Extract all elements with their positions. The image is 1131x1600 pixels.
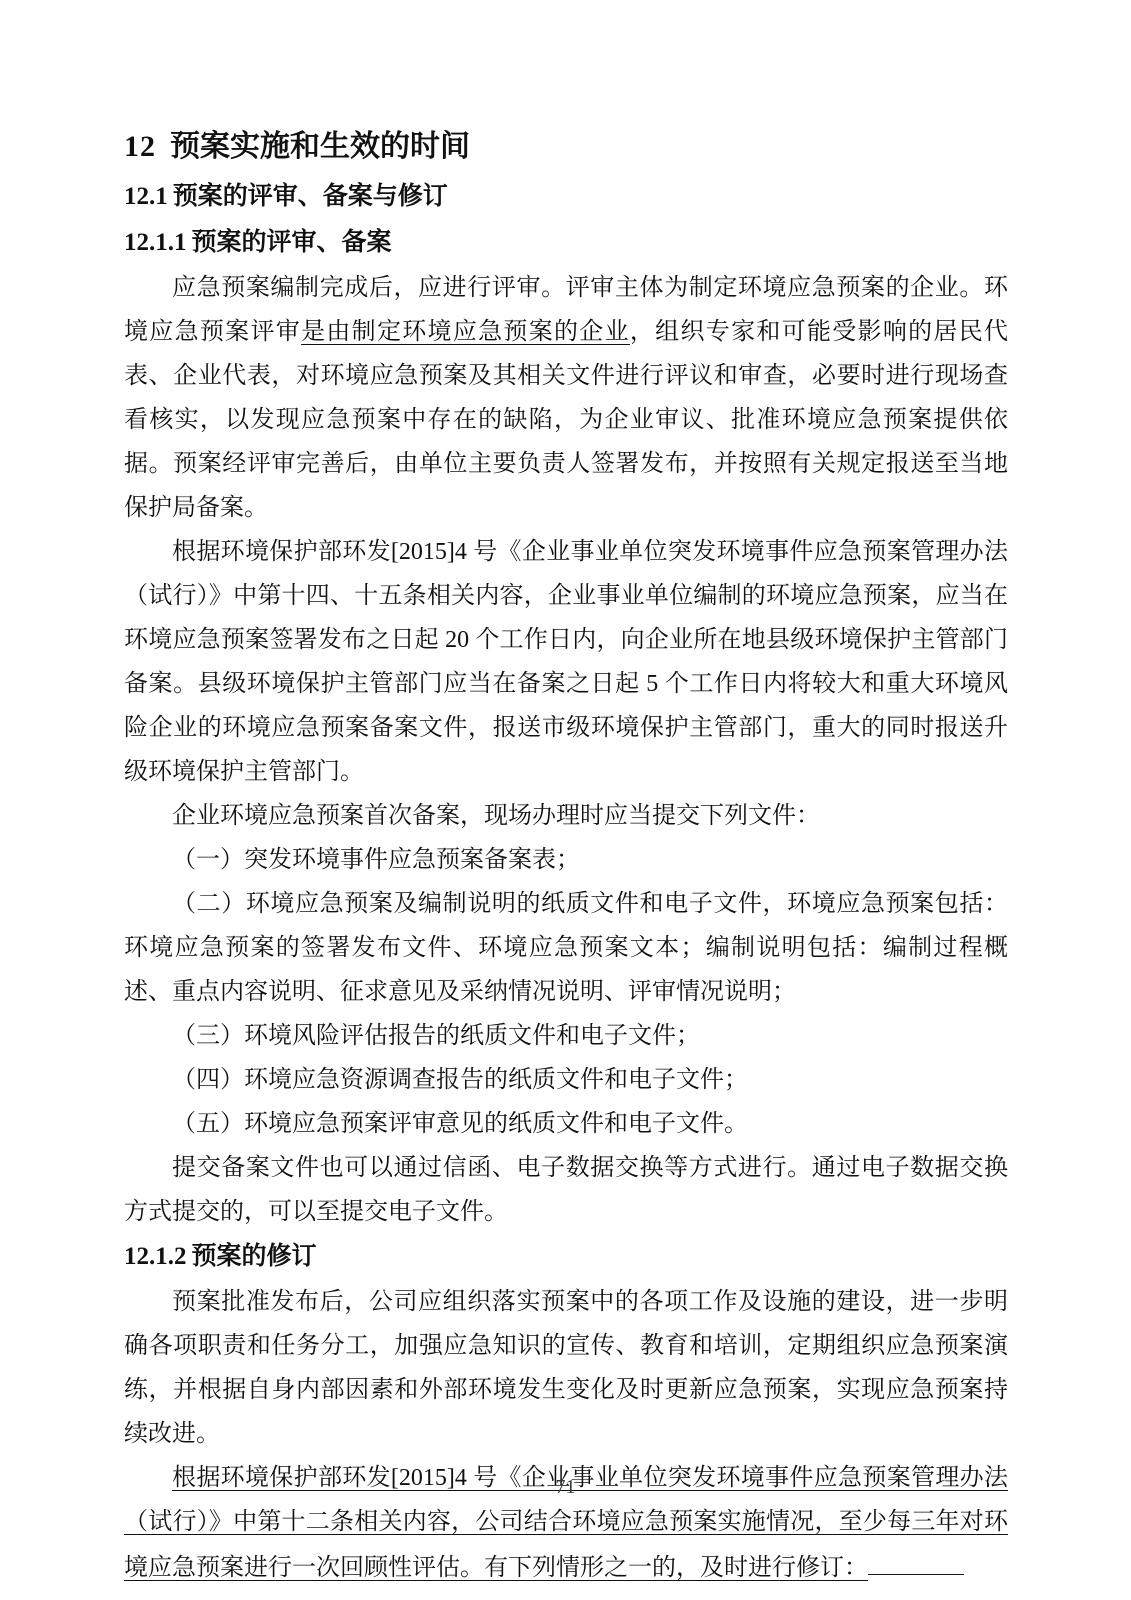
paragraph-submission-methods: 提交备案文件也可以通过信函、电子数据交换等方式进行。通过电子数据交换方式提交的，… (124, 1146, 1008, 1234)
subsection2-number: 12.1.2 (124, 1243, 187, 1270)
subsection1-title: 预案的评审、备案 (192, 229, 392, 256)
paragraph-revision-intro: 预案批准发布后，公司应组织落实预案中的各项工作及设施的建设，进一步明确各项职责和… (124, 1280, 1008, 1456)
section-heading: 12.1预案的评审、备案与修订 (124, 180, 1008, 214)
chapter-heading: 12预案实施和生效的时间 (124, 128, 1008, 166)
subsection-heading-review: 12.1.1预案的评审、备案 (124, 226, 1008, 260)
paragraph-filing-rule: 根据环境保护部环发[2015]4 号《企业事业单位突发环境事件应急预案管理办法（… (124, 530, 1008, 794)
paragraph-first-filing: 企业环境应急预案首次备案，现场办理时应当提交下列文件： (124, 794, 1008, 838)
page-content: 12预案实施和生效的时间 12.1预案的评审、备案与修订 12.1.1预案的评审… (124, 128, 1008, 1590)
underline-extension (868, 1544, 964, 1575)
subsection2-title: 预案的修订 (192, 1243, 317, 1270)
list-item-2: （二）环境应急预案及编制说明的纸质文件和电子文件，环境应急预案包括：环境应急预案… (124, 882, 1008, 1014)
list-item-5: （五）环境应急预案评审意见的纸质文件和电子文件。 (124, 1102, 1008, 1146)
section-number: 12.1 (124, 183, 168, 210)
page-number: 71 (556, 1476, 576, 1498)
list-item-4: （四）环境应急资源调查报告的纸质文件和电子文件； (124, 1058, 1008, 1102)
document-page: 12预案实施和生效的时间 12.1预案的评审、备案与修订 12.1.1预案的评审… (0, 0, 1131, 1600)
paragraph-review-intro-post: ，组织专家和可能受影响的居民代表、企业代表，对环境应急预案及其相关文件进行评议和… (124, 319, 1008, 521)
paragraph-review-intro-underlined: 是由制定环境应急预案的企业 (301, 319, 630, 345)
list-item-3: （三）环境风险评估报告的纸质文件和电子文件； (124, 1014, 1008, 1058)
list-item-1: （一）突发环境事件应急预案备案表； (124, 838, 1008, 882)
page-footer: 71 (0, 1472, 1131, 1502)
chapter-number: 12 (124, 130, 156, 163)
paragraph-review-intro: 应急预案编制完成后，应进行评审。评审主体为制定环境应急预案的企业。环境应急预案评… (124, 266, 1008, 530)
chapter-title: 预案实施和生效的时间 (170, 130, 470, 163)
subsection-heading-revision: 12.1.2预案的修订 (124, 1240, 1008, 1274)
section-title: 预案的评审、备案与修订 (173, 183, 448, 210)
subsection1-number: 12.1.1 (124, 229, 187, 256)
